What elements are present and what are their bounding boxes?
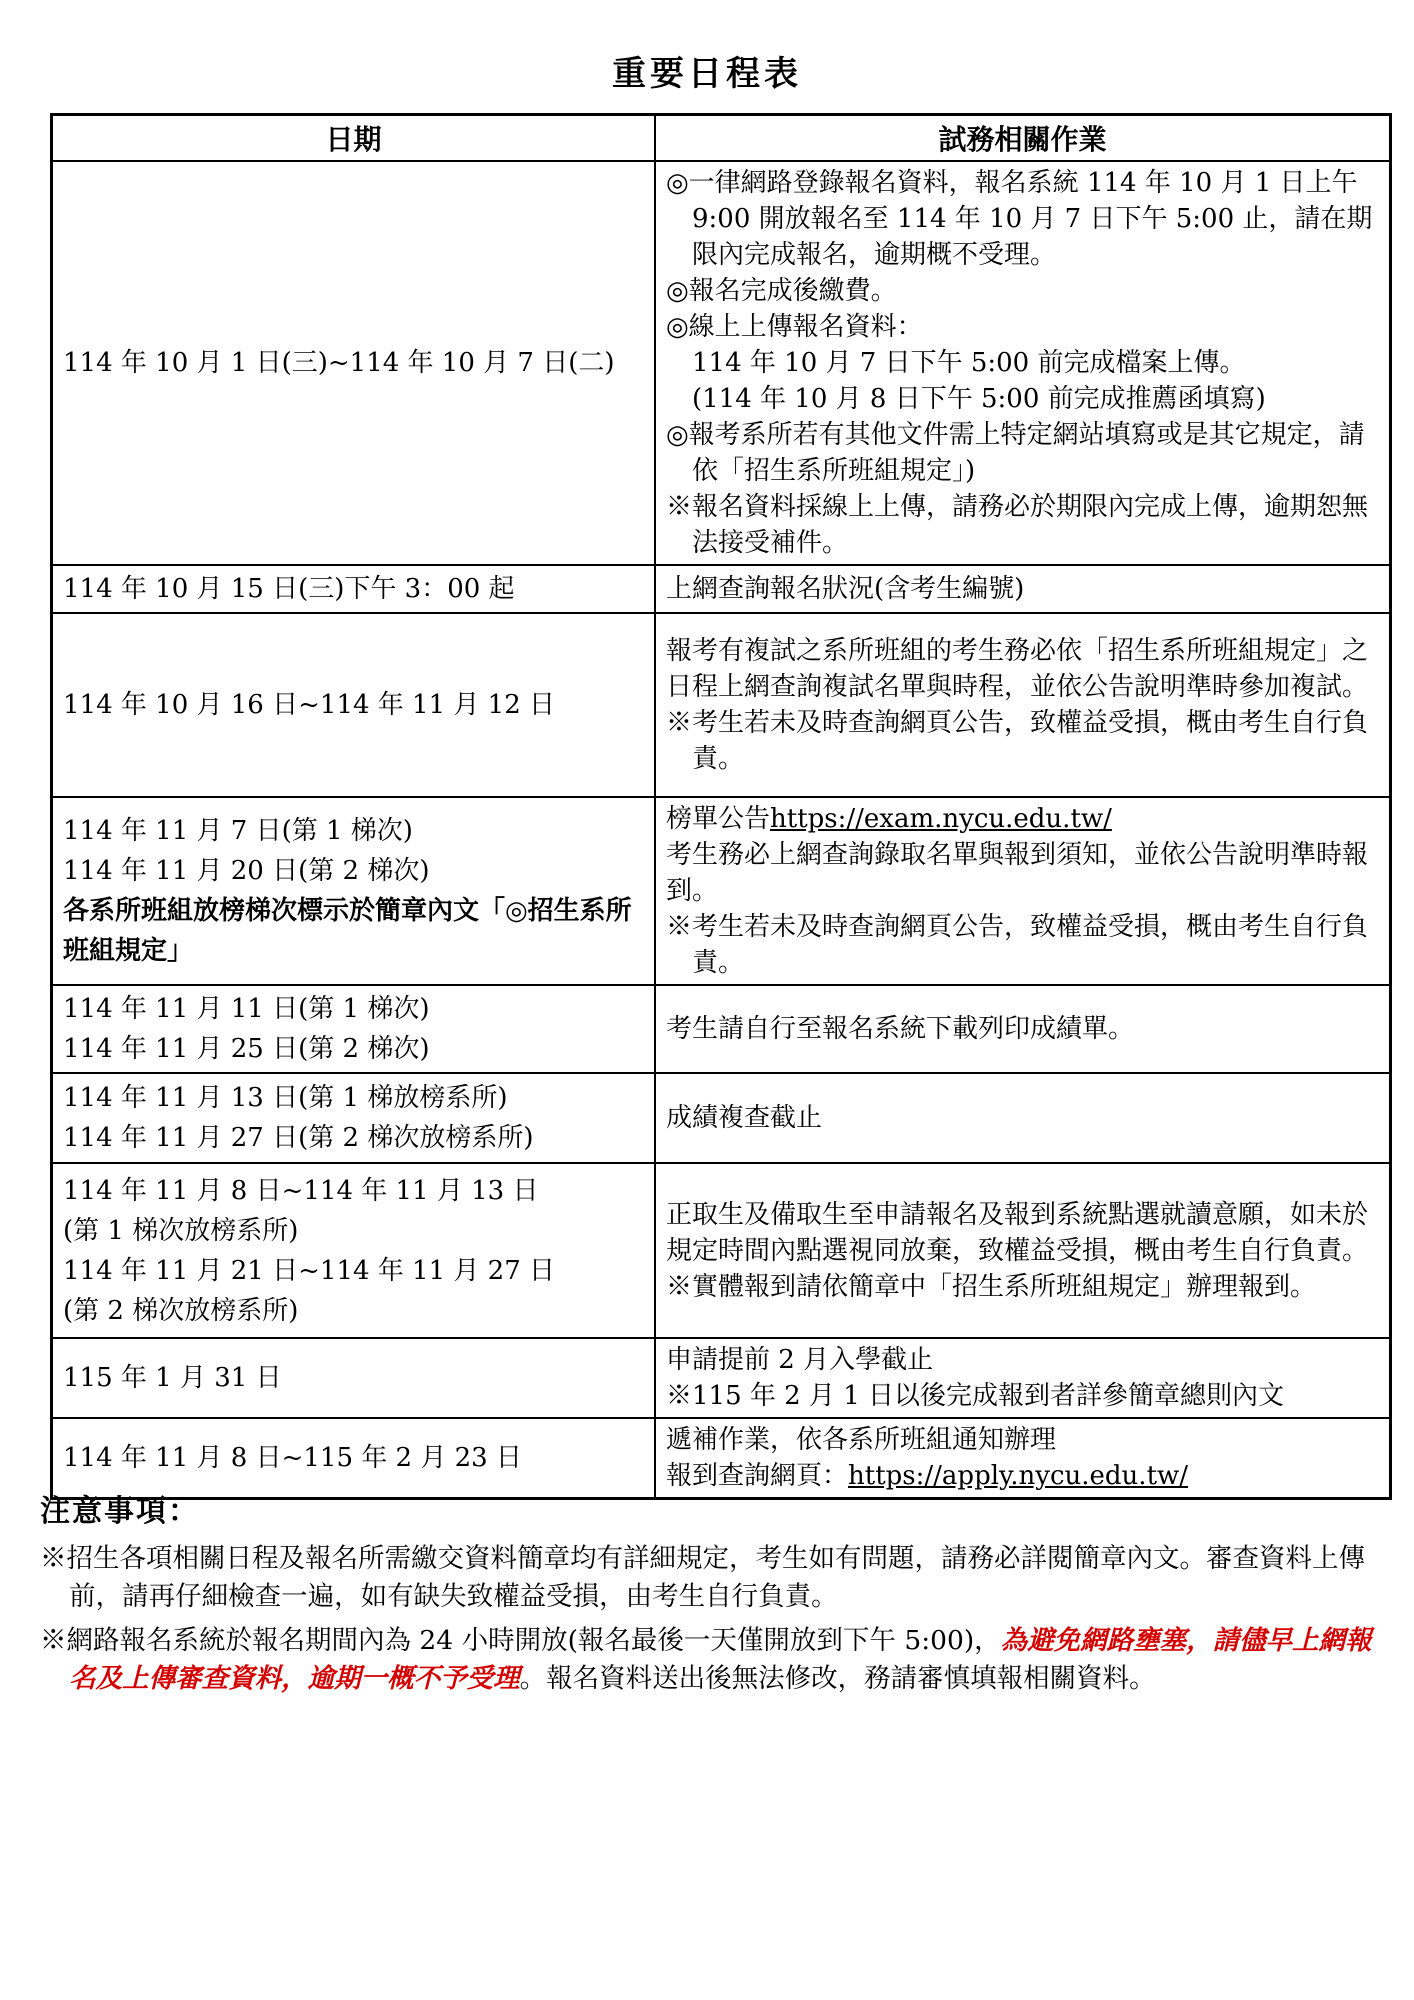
task-text: 榜單公告https://exam.nycu.edu.tw/ [666, 801, 1381, 837]
task-text: ※考生若未及時查詢網頁公告，致權益受損，概由考生自行負責。 [666, 909, 1381, 981]
schedule-table-header: 日期 試務相關作業 [52, 115, 1391, 162]
task-text: 上網查詢報名狀況(含考生編號) [666, 571, 1381, 607]
task-text: ◎報名完成後繳費。 [666, 273, 1381, 309]
text-segment: 114 年 10 月 7 日下午 5:00 前完成檔案上傳。 [692, 348, 1246, 378]
text-segment: 。報名資料送出後無法修改，務請審慎填報相關資料。 [520, 1663, 1156, 1694]
notes-section: 注意事項： ※招生各項相關日程及報名所需繳交資料簡章均有詳細規定，考生如有問題，… [40, 1486, 1385, 1704]
date-text: 114 年 11 月 27 日(第 2 梯次放榜系所) [63, 1118, 648, 1158]
task-text: ※考生若未及時查詢網頁公告，致權益受損，概由考生自行負責。 [666, 705, 1381, 777]
date-text: 114 年 11 月 20 日(第 2 梯次) [63, 851, 648, 891]
date-text: 114 年 11 月 21 日~114 年 11 月 27 日 [63, 1251, 648, 1291]
date-cell: 115 年 1 月 31 日 [52, 1338, 656, 1418]
text-segment: ◎報名完成後繳費。 [666, 276, 897, 306]
date-cell: 114 年 11 月 13 日(第 1 梯放榜系所)114 年 11 月 27 … [52, 1073, 656, 1163]
table-row: 114 年 10 月 1 日(三)~114 年 10 月 7 日(二)◎一律網路… [52, 161, 1391, 565]
text-segment: ※考生若未及時查詢網頁公告，致權益受損，概由考生自行負責。 [666, 708, 1368, 774]
text-segment: 遞補作業，依各系所班組通知辦理 [666, 1425, 1056, 1455]
text-segment: ◎報考系所若有其他文件需上特定網站填寫或是其它規定，請依「招生系所班組規定」) [666, 420, 1365, 486]
date-text: 114 年 10 月 15 日(三)下午 3：00 起 [63, 569, 648, 609]
task-text: ※115 年 2 月 1 日以後完成報到者詳參簡章總則內文 [666, 1378, 1381, 1414]
task-text: 申請提前 2 月入學截止 [666, 1342, 1381, 1378]
text-segment: 報考有複試之系所班組的考生務必依「招生系所班組規定」之日程上網查詢複試名單與時程… [666, 636, 1368, 702]
task-text: (114 年 10 月 8 日下午 5:00 前完成推薦函填寫) [666, 381, 1381, 417]
task-text: 正取生及備取生至申請報名及報到系統點選就讀意願，如未於規定時間內點選視同放棄，致… [666, 1197, 1381, 1269]
date-text: 114 年 10 月 1 日(三)~114 年 10 月 7 日(二) [63, 343, 648, 383]
task-cell: 成績複查截止 [655, 1073, 1391, 1163]
schedule-table-body: 114 年 10 月 1 日(三)~114 年 10 月 7 日(二)◎一律網路… [52, 161, 1391, 1499]
text-segment: 考生務必上網查詢錄取名單與報到須知，並依公告說明準時報到。 [666, 840, 1368, 906]
table-row: 114 年 11 月 13 日(第 1 梯放榜系所)114 年 11 月 27 … [52, 1073, 1391, 1163]
date-text: 各系所班組放榜梯次標示於簡章內文「◎招生系所班組規定」 [63, 891, 648, 971]
date-text: 114 年 11 月 8 日~115 年 2 月 23 日 [63, 1438, 648, 1478]
date-text: (第 2 梯次放榜系所) [63, 1291, 648, 1331]
table-row: 114 年 11 月 8 日~114 年 11 月 13 日(第 1 梯次放榜系… [52, 1163, 1391, 1338]
date-text: 114 年 11 月 8 日~114 年 11 月 13 日 [63, 1171, 648, 1211]
text-segment: 成績複查截止 [666, 1103, 822, 1133]
date-cell: 114 年 11 月 11 日(第 1 梯次)114 年 11 月 25 日(第… [52, 985, 656, 1073]
text-segment: ※報名資料採線上上傳，請務必於期限內完成上傳，逾期恕無法接受補件。 [666, 492, 1368, 558]
table-row: 114 年 11 月 11 日(第 1 梯次)114 年 11 月 25 日(第… [52, 985, 1391, 1073]
task-text: 考生務必上網查詢錄取名單與報到須知，並依公告說明準時報到。 [666, 837, 1381, 909]
task-text: 114 年 10 月 7 日下午 5:00 前完成檔案上傳。 [666, 345, 1381, 381]
text-segment: ※招生各項相關日程及報名所需繳交資料簡章均有詳細規定，考生如有問題，請務必詳閱簡… [40, 1543, 1365, 1612]
date-text: 114 年 11 月 25 日(第 2 梯次) [63, 1029, 648, 1069]
task-cell: ◎一律網路登錄報名資料，報名系統 114 年 10 月 1 日上午 9:00 開… [655, 161, 1391, 565]
task-text: ◎一律網路登錄報名資料，報名系統 114 年 10 月 1 日上午 9:00 開… [666, 165, 1381, 273]
task-cell: 申請提前 2 月入學截止※115 年 2 月 1 日以後完成報到者詳參簡章總則內… [655, 1338, 1391, 1418]
task-text: 考生請自行至報名系統下載列印成績單。 [666, 1011, 1381, 1047]
text-segment: ※115 年 2 月 1 日以後完成報到者詳參簡章總則內文 [666, 1381, 1284, 1411]
task-text: 報考有複試之系所班組的考生務必依「招生系所班組規定」之日程上網查詢複試名單與時程… [666, 633, 1381, 705]
text-segment: ※考生若未及時查詢網頁公告，致權益受損，概由考生自行負責。 [666, 912, 1368, 978]
date-text: 115 年 1 月 31 日 [63, 1358, 648, 1398]
task-text: ※報名資料採線上上傳，請務必於期限內完成上傳，逾期恕無法接受補件。 [666, 489, 1381, 561]
date-cell: 114 年 11 月 7 日(第 1 梯次)114 年 11 月 20 日(第 … [52, 797, 656, 985]
task-cell: 上網查詢報名狀況(含考生編號) [655, 565, 1391, 613]
task-cell: 考生請自行至報名系統下載列印成績單。 [655, 985, 1391, 1073]
text-segment: ※網路報名系統於報名期間內為 24 小時開放(報名最後一天僅開放到下午 5:00… [40, 1625, 1001, 1656]
text-segment: 正取生及備取生至申請報名及報到系統點選就讀意願，如未於規定時間內點選視同放棄，致… [666, 1200, 1368, 1266]
date-column-header: 日期 [52, 115, 656, 162]
table-row: 114 年 10 月 15 日(三)下午 3：00 起上網查詢報名狀況(含考生編… [52, 565, 1391, 613]
text-segment: 榜單公告 [666, 804, 770, 834]
task-text: ◎報考系所若有其他文件需上特定網站填寫或是其它規定，請依「招生系所班組規定」) [666, 417, 1381, 489]
notes-heading: 注意事項： [40, 1486, 1385, 1530]
schedule-table: 日期 試務相關作業 114 年 10 月 1 日(三)~114 年 10 月 7… [50, 113, 1392, 1500]
text-segment: 上網查詢報名狀況(含考生編號) [666, 574, 1024, 604]
task-cell: 報考有複試之系所班組的考生務必依「招生系所班組規定」之日程上網查詢複試名單與時程… [655, 613, 1391, 797]
text-segment: 申請提前 2 月入學截止 [666, 1345, 933, 1375]
date-cell: 114 年 10 月 16 日~114 年 11 月 12 日 [52, 613, 656, 797]
task-text: 成績複查截止 [666, 1100, 1381, 1136]
table-row: 115 年 1 月 31 日申請提前 2 月入學截止※115 年 2 月 1 日… [52, 1338, 1391, 1418]
task-text: ◎線上上傳報名資料： [666, 309, 1381, 345]
text-segment: (114 年 10 月 8 日下午 5:00 前完成推薦函填寫) [692, 384, 1266, 414]
task-cell: 正取生及備取生至申請報名及報到系統點選就讀意願，如未於規定時間內點選視同放棄，致… [655, 1163, 1391, 1338]
table-row: 114 年 11 月 7 日(第 1 梯次)114 年 11 月 20 日(第 … [52, 797, 1391, 985]
date-text: (第 1 梯次放榜系所) [63, 1211, 648, 1251]
header-row: 日期 試務相關作業 [52, 115, 1391, 162]
date-text: 114 年 11 月 11 日(第 1 梯次) [63, 989, 648, 1029]
text-segment: ◎線上上傳報名資料： [666, 312, 923, 342]
text-segment: 考生請自行至報名系統下載列印成績單。 [666, 1014, 1134, 1044]
note-item: ※招生各項相關日程及報名所需繳交資料簡章均有詳細規定，考生如有問題，請務必詳閱簡… [40, 1540, 1385, 1616]
date-text: 114 年 10 月 16 日~114 年 11 月 12 日 [63, 685, 648, 725]
task-cell: 榜單公告https://exam.nycu.edu.tw/考生務必上網查詢錄取名… [655, 797, 1391, 985]
date-text: 114 年 11 月 13 日(第 1 梯放榜系所) [63, 1078, 648, 1118]
date-cell: 114 年 11 月 8 日~114 年 11 月 13 日(第 1 梯次放榜系… [52, 1163, 656, 1338]
task-text: ※實體報到請依簡章中「招生系所班組規定」辦理報到。 [666, 1269, 1381, 1305]
text-segment: ※實體報到請依簡章中「招生系所班組規定」辦理報到。 [666, 1272, 1316, 1302]
task-text: 遞補作業，依各系所班組通知辦理 [666, 1422, 1381, 1458]
date-cell: 114 年 10 月 1 日(三)~114 年 10 月 7 日(二) [52, 161, 656, 565]
page-title: 重要日程表 [0, 46, 1414, 95]
table-row: 114 年 10 月 16 日~114 年 11 月 12 日報考有複試之系所班… [52, 613, 1391, 797]
date-cell: 114 年 10 月 15 日(三)下午 3：00 起 [52, 565, 656, 613]
text-segment: ◎一律網路登錄報名資料，報名系統 114 年 10 月 1 日上午 9:00 開… [666, 168, 1372, 270]
task-column-header: 試務相關作業 [655, 115, 1391, 162]
exam-site-link[interactable]: https://exam.nycu.edu.tw/ [770, 804, 1112, 834]
date-text: 114 年 11 月 7 日(第 1 梯次) [63, 811, 648, 851]
note-item: ※網路報名系統於報名期間內為 24 小時開放(報名最後一天僅開放到下午 5:00… [40, 1622, 1385, 1698]
